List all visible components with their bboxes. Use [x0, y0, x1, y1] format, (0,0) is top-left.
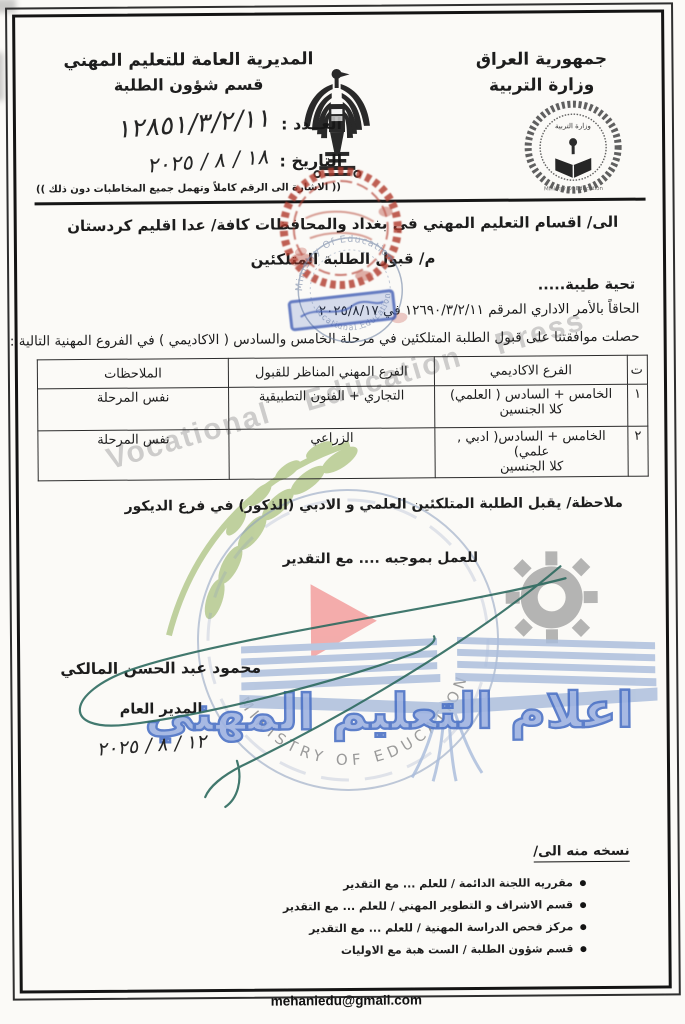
header-country-block: جمهورية العراق وزارة التربية	[441, 46, 641, 100]
admission-table: ت الفرع الاكاديمي الفرع المهني المناظر ل…	[37, 355, 649, 482]
academic-line2: كلا الجنسين	[500, 459, 564, 474]
signature-stroke	[35, 538, 602, 817]
table-row: ٢ الخامس + السادس( ادبي , علمي) كلا الجن…	[38, 426, 648, 481]
col-header-academic: الفرع الاكاديمي	[434, 355, 627, 386]
col-header-notes: الملاحظات	[37, 358, 228, 388]
cc-item-text: قسم الاشراف و التطوير المهني / للعلم ...…	[283, 898, 573, 913]
ministry-seal-icon: وزارة التربية Ministry Of Education	[517, 98, 630, 197]
directorate-name: المديرية العامة للتعليم المهني	[38, 46, 338, 75]
cc-item-text: مركز فحص الدراسة المهنية / للعلم ... مع …	[309, 920, 573, 935]
table-row: ١ الخامس + السادس ( العلمي) كلا الجنسين …	[38, 384, 648, 431]
academic-line1: الخامس + السادس( ادبي , علمي)	[457, 429, 606, 460]
cc-item: مركز فحص الدراسة المهنية / للعلم ... مع …	[309, 920, 586, 935]
cc-item: مقرريه اللجنة الدائمة / للعلم ... مع الت…	[343, 876, 586, 891]
academic-line1: الخامس + السادس ( العلمي)	[450, 387, 612, 403]
col-header-no: ت	[627, 355, 647, 384]
seal-top-text: وزارة التربية	[555, 122, 591, 130]
cc-heading: نسخه منه الى/	[533, 843, 630, 863]
cc-item-text: قسم شؤون الطلبة / الست هبة مع الاوليات	[341, 942, 574, 957]
document-sheet: Vocational Education Press	[0, 0, 685, 1024]
cell-vocational: التجاري + الفنون التطبيقية	[229, 386, 435, 430]
cc-item: قسم شؤون الطلبة / الست هبة مع الاوليات	[341, 942, 587, 957]
bullet-icon	[580, 924, 586, 930]
cell-no: ٢	[628, 426, 648, 476]
cc-item-text: مقرريه اللجنة الدائمة / للعلم ... مع الت…	[343, 876, 573, 891]
svg-text:Ministry Of Education: Ministry Of Education	[284, 227, 399, 293]
bullet-icon	[580, 880, 586, 886]
bullet-icon	[580, 902, 586, 908]
cell-vocational: الزراعي	[229, 428, 435, 480]
stamp-arc-top-text: Ministry Of Education	[284, 227, 399, 293]
cell-notes: نفس المرحلة	[38, 429, 229, 480]
scanned-letter-page: Vocational Education Press	[0, 0, 685, 1024]
ministry-name: وزارة التربية	[442, 72, 642, 100]
seal-bottom-text: Ministry Of Education	[544, 186, 604, 192]
country-name: جمهورية العراق	[441, 46, 641, 74]
scan-smudge	[0, 53, 4, 101]
cc-item: قسم الاشراف و التطوير المهني / للعلم ...…	[283, 898, 586, 913]
academic-line2: كلا الجنسين	[499, 402, 563, 417]
cc-list: مقرريه اللجنة الدائمة / للعلم ... مع الت…	[283, 876, 587, 957]
cell-notes: نفس المرحلة	[38, 387, 229, 430]
cell-academic: الخامس + السادس ( العلمي) كلا الجنسين	[435, 384, 628, 428]
col-header-vocational: الفرع المهني المناظر للقبول	[228, 357, 434, 388]
blue-date-stamp-icon	[278, 287, 410, 336]
bullet-icon	[580, 946, 586, 952]
cell-academic: الخامس + السادس( ادبي , علمي) كلا الجنسي…	[435, 426, 628, 478]
cell-no: ١	[628, 384, 648, 426]
document-date-value: ١٨ / ٨ / ٢٠٢٥	[147, 144, 271, 177]
